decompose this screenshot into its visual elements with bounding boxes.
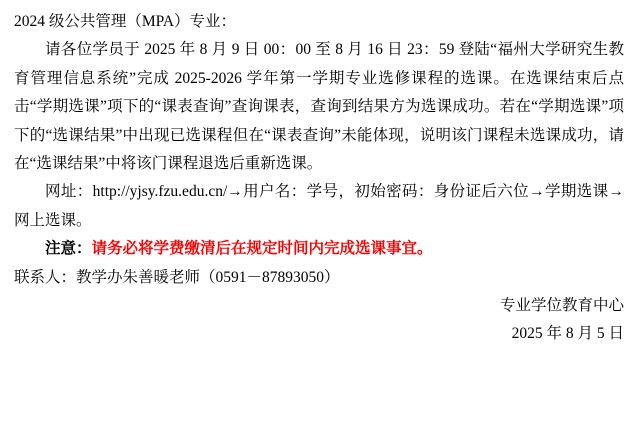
main-paragraph: 请各位学员于 2025 年 8 月 9 日 00：00 至 8 月 16 日 2… (14, 36, 624, 178)
contact-line: 联系人：教学办朱善暖老师（0591－87893050） (14, 264, 624, 292)
date-line: 2025 年 8 月 5 日 (14, 320, 624, 348)
signature-line: 专业学位教育中心 (14, 292, 624, 320)
note-label: 注意： (45, 240, 92, 257)
url-paragraph: 网址：http://yjsy.fzu.edu.cn/→用户名：学号，初始密码：身… (14, 178, 624, 235)
note-paragraph: 注意：请务必将学费缴清后在规定时间内完成选课事宜。 (14, 235, 624, 263)
notice-document: 2024 级公共管理（MPA）专业： 请各位学员于 2025 年 8 月 9 日… (0, 0, 638, 434)
note-warning-text: 请务必将学费缴清后在规定时间内完成选课事宜。 (92, 240, 433, 257)
salutation-line: 2024 级公共管理（MPA）专业： (14, 8, 624, 36)
